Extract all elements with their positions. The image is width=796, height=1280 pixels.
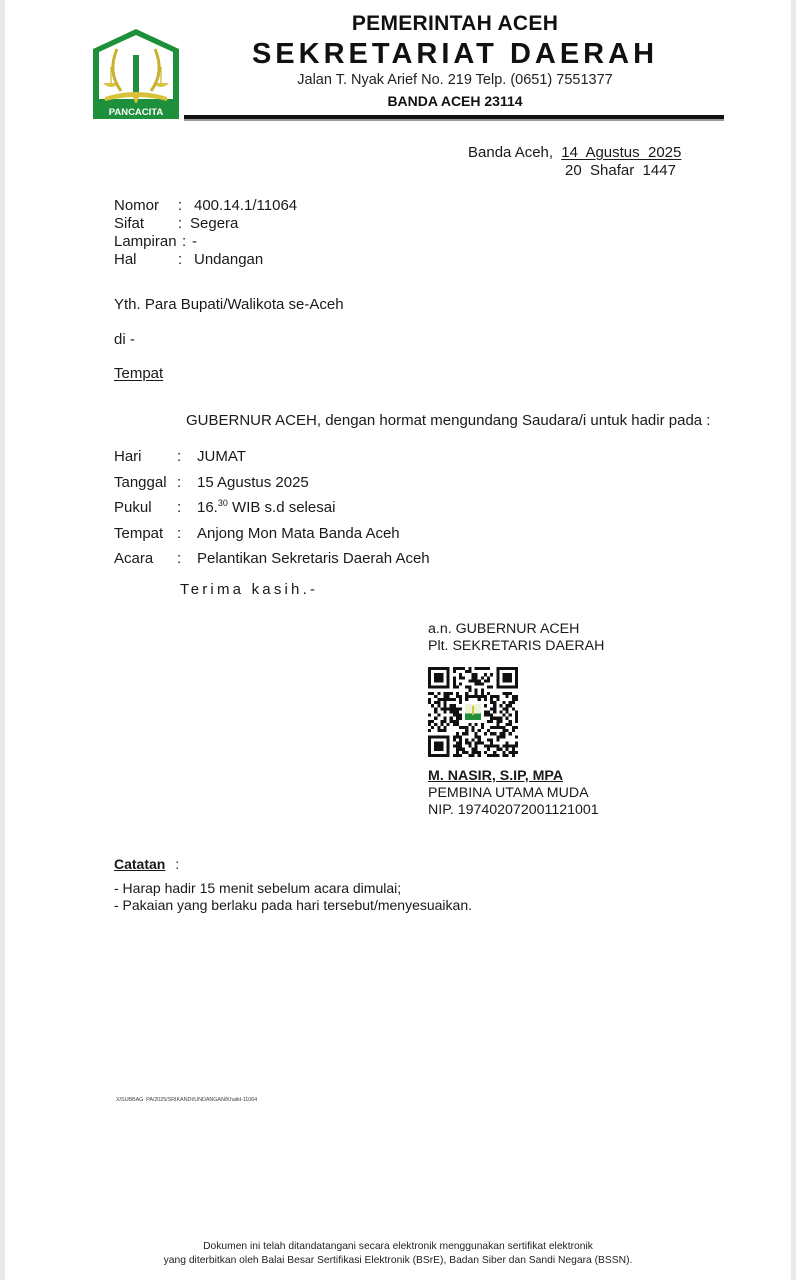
letterhead-divider bbox=[184, 115, 724, 121]
notes-title: Catatan bbox=[114, 856, 165, 873]
letter-subject: Undangan bbox=[194, 251, 263, 269]
letter-nature: Segera bbox=[190, 215, 238, 233]
meta-row-sifat: Sifat : Segera bbox=[114, 215, 297, 233]
letter-page: PANCACITA PEMERINTAH ACEH SEKRETARIAT DA… bbox=[5, 0, 791, 1280]
closing-thanks: Terima kasih.- bbox=[180, 581, 318, 598]
meta-row-nomor: Nomor : 400.14.1/11064 bbox=[114, 197, 297, 215]
event-row-date: Tanggal : 15 Agustus 2025 bbox=[114, 470, 430, 496]
event-time: 16.30 WIB s.d selesai bbox=[197, 499, 335, 516]
letterhead-city: BANDA ACEH 23114 bbox=[185, 93, 725, 109]
qr-code-signature-icon bbox=[428, 667, 518, 757]
recipient-addressee: Yth. Para Bupati/Walikota se-Aceh bbox=[114, 296, 344, 313]
event-row-day: Hari : JUMAT bbox=[114, 444, 430, 470]
notes: Catatan : - Harap hadir 15 menit sebelum… bbox=[114, 856, 472, 914]
signer-nip: NIP. 197402072001121001 bbox=[428, 802, 599, 819]
invitation-opening: GUBERNUR ACEH, dengan hormat mengundang … bbox=[186, 412, 710, 429]
letter-attachment: - bbox=[192, 233, 197, 251]
letterhead-address: Jalan T. Nyak Arief No. 219 Telp. (0651)… bbox=[185, 72, 725, 88]
aceh-coat-of-arms-logo: PANCACITA bbox=[89, 27, 183, 121]
dateline-place: Banda Aceh, bbox=[468, 144, 553, 161]
letterhead-government: PEMERINTAH ACEH bbox=[185, 12, 725, 36]
event-row-agenda: Acara : Pelantikan Sekretaris Daerah Ace… bbox=[114, 546, 430, 572]
event-date: 15 Agustus 2025 bbox=[197, 474, 309, 491]
reference-code: X/SUBBAG PA/2025/SRIKANDI/UNDANGAN/Khali… bbox=[116, 1097, 257, 1103]
recipient-di: di - bbox=[114, 331, 135, 348]
dateline-hijri-date: 20 Shafar 1447 bbox=[565, 162, 676, 179]
event-details: Hari : JUMAT Tanggal : 15 Agustus 2025 P… bbox=[114, 444, 430, 572]
e-signature-footer: Dokumen ini telah ditandatangani secara … bbox=[5, 1240, 791, 1268]
svg-text:PANCACITA: PANCACITA bbox=[109, 107, 164, 118]
recipient-place: Tempat bbox=[114, 365, 163, 382]
letterhead-office: SEKRETARIAT DAERAH bbox=[185, 38, 725, 71]
signature-position: Plt. SEKRETARIS DAERAH bbox=[428, 638, 604, 655]
event-day: JUMAT bbox=[197, 448, 246, 465]
signer-rank: PEMBINA UTAMA MUDA bbox=[428, 785, 599, 802]
signer: M. NASIR, S.IP, MPA PEMBINA UTAMA MUDA N… bbox=[428, 768, 599, 819]
event-venue: Anjong Mon Mata Banda Aceh bbox=[197, 525, 400, 542]
event-agenda: Pelantikan Sekretaris Daerah Aceh bbox=[197, 550, 430, 567]
dateline: Banda Aceh, 14 Agustus 2025 bbox=[468, 144, 689, 161]
meta-row-hal: Hal : Undangan bbox=[114, 251, 297, 269]
dateline-gregorian-date: 14 Agustus 2025 bbox=[561, 144, 689, 161]
signature-authority: a.n. GUBERNUR ACEH Plt. SEKRETARIS DAERA… bbox=[428, 621, 604, 655]
meta-row-lampiran: Lampiran : - bbox=[114, 233, 297, 251]
notes-item: - Pakaian yang berlaku pada hari tersebu… bbox=[114, 897, 472, 914]
letter-meta: Nomor : 400.14.1/11064 Sifat : Segera La… bbox=[114, 197, 297, 269]
signature-on-behalf: a.n. GUBERNUR ACEH bbox=[428, 621, 604, 638]
notes-item: - Harap hadir 15 menit sebelum acara dim… bbox=[114, 880, 472, 897]
event-row-time: Pukul : 16.30 WIB s.d selesai bbox=[114, 495, 430, 521]
signer-name: M. NASIR, S.IP, MPA bbox=[428, 768, 599, 785]
event-row-venue: Tempat : Anjong Mon Mata Banda Aceh bbox=[114, 521, 430, 547]
letter-number: 400.14.1/11064 bbox=[194, 197, 297, 215]
